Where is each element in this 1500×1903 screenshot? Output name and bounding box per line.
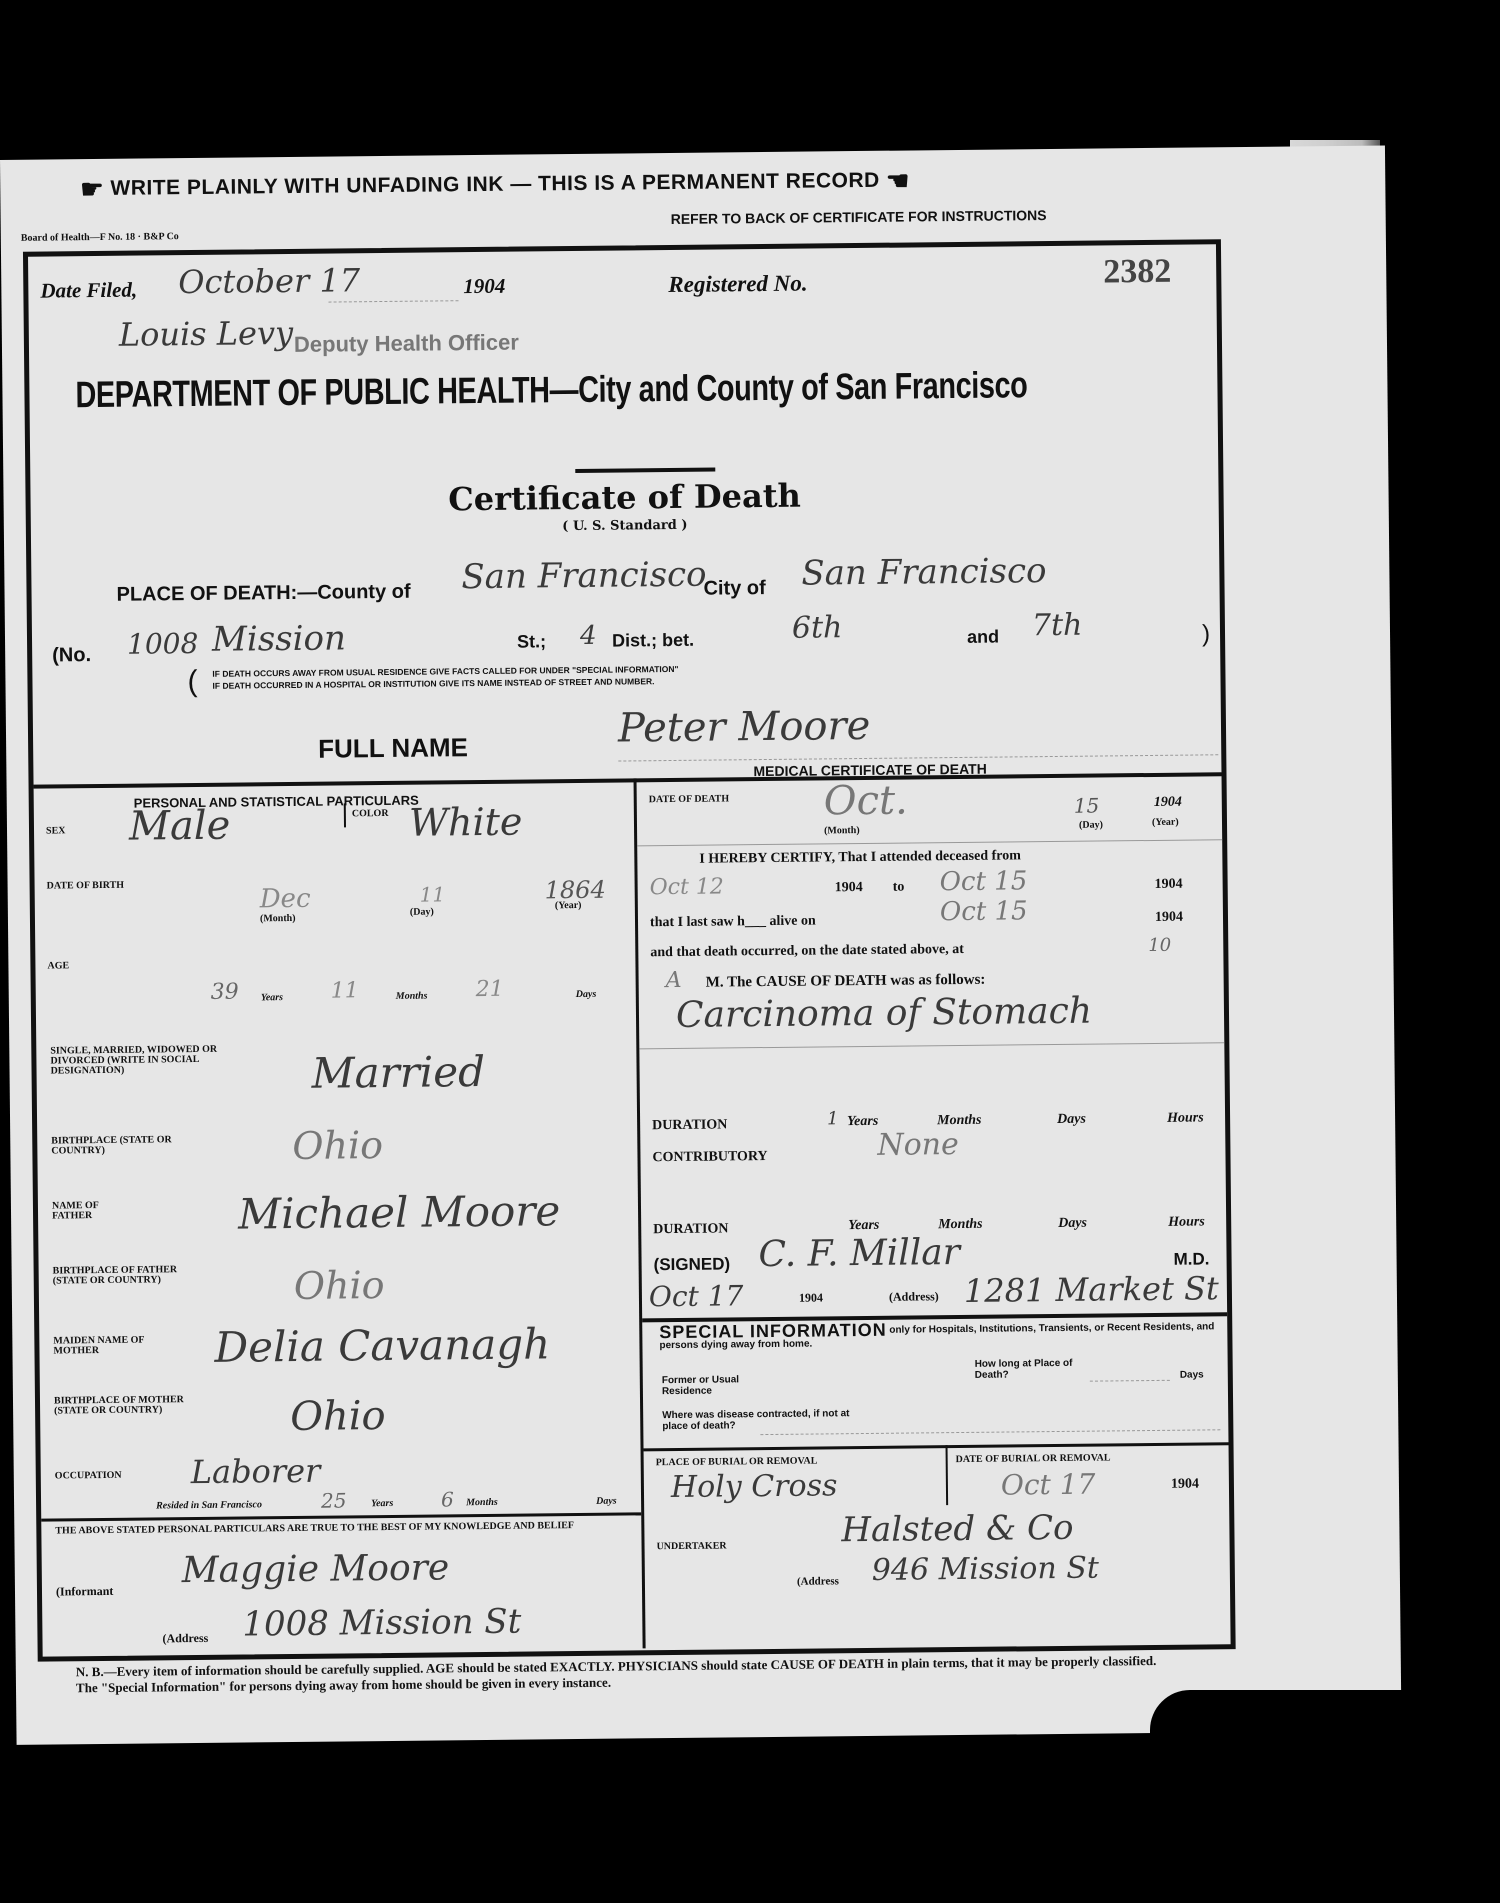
date-of-death-label: DATE OF DEATH (649, 794, 729, 805)
place-of-death-label: PLACE OF DEATH:—County of (116, 581, 410, 607)
certify-text: I HEREBY CERTIFY, That I attended deceas… (699, 848, 1021, 867)
mother-name-label: MAIDEN NAME OF MOTHER (53, 1335, 173, 1356)
father-name-value: Michael Moore (238, 1186, 561, 1238)
how-long-days-label: Days (1180, 1369, 1204, 1380)
between-street-2: 7th (1032, 608, 1083, 644)
color-value: White (409, 800, 523, 845)
mother-birthplace-value: Ohio (290, 1393, 386, 1440)
attended-to: Oct 15 (939, 866, 1027, 897)
full-name-value: Peter Moore (618, 703, 871, 752)
pointing-hand-left-icon: ☚ (886, 165, 910, 196)
time-of-death: 10 (1148, 935, 1171, 956)
marital-status-label: SINGLE, MARRIED, WIDOWED OR DIVORCED (Wr… (50, 1044, 250, 1076)
age-years: 39 (211, 980, 239, 1005)
district-value: 4 (580, 621, 597, 651)
duration-label: DURATION (652, 1117, 727, 1134)
former-residence-label: Former or Usual Residence (662, 1374, 757, 1397)
physician-signature: C. F. Millar (758, 1232, 960, 1275)
burial-date: Oct 17 (1001, 1468, 1096, 1502)
attended-to-year: 1904 (1155, 877, 1183, 893)
dod-day: 15 (1074, 794, 1100, 818)
instructions-note: REFER TO BACK OF CERTIFICATE FOR INSTRUC… (671, 207, 1047, 227)
duration-label-2: DURATION (653, 1221, 728, 1238)
marital-status-value: Married (311, 1047, 485, 1098)
duration-years: 1 (827, 1108, 839, 1129)
signed-label: (SIGNED) (654, 1254, 731, 1275)
father-birthplace-label: BIRTHPLACE OF FATHER (State or Country) (53, 1265, 193, 1286)
birthplace-label: BIRTHPLACE (State or Country) (51, 1135, 191, 1156)
dob-label: DATE OF BIRTH (47, 881, 125, 892)
and-label: and (967, 627, 999, 648)
date-filed-value: October 17 (178, 261, 360, 301)
sex-value: Male (129, 803, 231, 850)
informant-label: (Informant (56, 1586, 113, 1597)
attended-from-year: 1904 (835, 880, 863, 896)
burial-place-label: PLACE OF BURIAL OR REMOVAL (656, 1457, 818, 1469)
disease-contracted-label: Where was disease contracted, if not at … (662, 1408, 852, 1432)
registered-number: 2382 (1103, 253, 1171, 292)
street-no-label: (No. (52, 644, 91, 667)
date-filed-year: 1904 (463, 274, 505, 299)
book-binding-shadow (1150, 1690, 1410, 1770)
physician-address-label: (Address) (889, 1289, 939, 1305)
registered-label: Registered No. (668, 271, 808, 298)
informant-address: 1008 Mission St (242, 1602, 521, 1645)
cause-text: M. The CAUSE OF DEATH was as follows: (706, 972, 986, 992)
burial-date-label: DATE of BURIAL or REMOVAL (956, 1453, 1111, 1465)
to-label: to (893, 880, 905, 896)
attended-from: Oct 12 (650, 874, 724, 900)
occupation-value: Laborer (191, 1452, 321, 1491)
undertaker-address-label: (Address (797, 1576, 839, 1586)
city-value: San Francisco (801, 551, 1047, 594)
age-label: AGE (47, 961, 69, 971)
dod-month: Oct. (824, 778, 908, 825)
dod-year: 1904 (1154, 795, 1182, 811)
age-months: 11 (331, 978, 359, 1003)
between-street-1: 6th (792, 610, 843, 646)
mother-birthplace-label: BIRTHPLACE OF MOTHER (State or Country) (54, 1395, 194, 1416)
medical-section-title: MEDICAL CERTIFICATE OF DEATH (753, 761, 986, 779)
informant-address-label: (Address (162, 1633, 208, 1643)
special-info-desc: only for Hospitals, Institutions, Transi… (659, 1320, 1224, 1352)
pointing-hand-icon: ☛ (80, 174, 104, 205)
dob-month: Dec (260, 884, 311, 915)
sex-label: SEX (46, 826, 66, 836)
last-saw-year: 1904 (1155, 910, 1183, 926)
undertaker-address: 946 Mission St (872, 1551, 1099, 1588)
resided-label: Resided in San Francisco (156, 1499, 262, 1511)
signed-date: Oct 17 (649, 1279, 744, 1313)
death-certificate-page: ☛ WRITE PLAINLY WITH UNFADING INK — THIS… (0, 145, 1402, 1744)
date-filed-label: Date Filed, (40, 278, 137, 304)
city-label: City of (703, 577, 765, 601)
dob-day: 11 (420, 882, 446, 906)
certificate-frame: Date Filed, October 17 1904 Registered N… (23, 239, 1236, 1661)
contributory-value: None (877, 1127, 959, 1163)
birthplace-value: Ohio (292, 1123, 383, 1168)
father-name-label: NAME OF FATHER (52, 1201, 132, 1222)
officer-signature: Louis Levy (119, 314, 294, 354)
how-long-label: How long at Place of Death? (975, 1358, 1085, 1381)
meridiem: A (665, 968, 681, 993)
full-name-label: FULL NAME (318, 732, 468, 765)
resided-years: 25 (321, 1488, 347, 1512)
attestation-text: THE ABOVE STATED PERSONAL PARTICULARS AR… (55, 1521, 625, 1537)
cause-of-death: Carcinoma of Stomach (676, 991, 1092, 1036)
burial-place-value: Holy Cross (671, 1468, 838, 1505)
mother-name-value: Delia Cavanagh (214, 1319, 550, 1372)
occupation-label: OCCUPATION (55, 1471, 122, 1482)
informant-name: Maggie Moore (182, 1547, 450, 1591)
signed-year: 1904 (799, 1290, 823, 1305)
top-banner: ☛ WRITE PLAINLY WITH UNFADING INK — THIS… (80, 165, 910, 205)
street-number: 1008 (127, 627, 199, 661)
residence-note-2: IF DEATH OCCURRED IN A HOSPITAL OR INSTI… (212, 676, 654, 691)
father-birthplace-value: Ohio (294, 1263, 385, 1308)
contributory-label: CONTRIBUTORY (652, 1149, 767, 1166)
resided-months: 6 (441, 1487, 454, 1511)
street-name: Mission (212, 618, 346, 659)
color-label: COLOR (352, 809, 389, 819)
county-value: San Francisco (461, 555, 707, 598)
burial-year: 1904 (1171, 1477, 1199, 1493)
last-saw-text: that I last saw h___ alive on (650, 914, 816, 932)
district-label: Dist.; bet. (612, 630, 694, 652)
physician-address: 1281 Market St (964, 1269, 1219, 1310)
street-label: St.; (517, 631, 546, 652)
occurred-text: and that death occurred, on the date sta… (650, 942, 964, 961)
last-saw-date: Oct 15 (940, 896, 1028, 927)
undertaker-value: Halsted & Co (841, 1508, 1074, 1550)
officer-title: Deputy Health Officer (294, 330, 519, 358)
age-days: 21 (476, 977, 504, 1002)
md-label: M.D. (1173, 1249, 1209, 1269)
undertaker-label: UNDERTAKER (657, 1541, 727, 1552)
department-heading: DEPARTMENT OF PUBLIC HEALTH—City and Cou… (75, 364, 1027, 416)
form-number: Board of Health—F No. 18 · B&P Co (21, 231, 179, 244)
